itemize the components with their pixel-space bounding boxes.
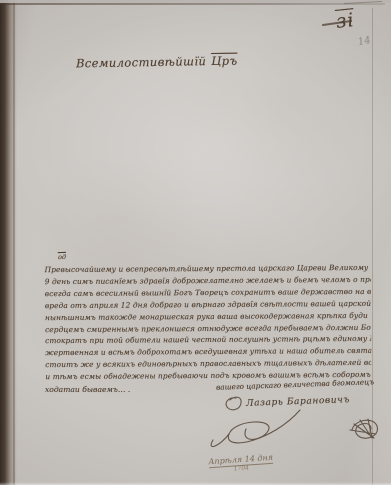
- signature-name: Лазарь Барановичъ: [246, 395, 350, 409]
- right-fold-crease: [372, 8, 373, 485]
- manuscript-page: зі 14 ВсемилостивѣйшїйЦръ од Превысочайш…: [0, 0, 391, 485]
- left-fold-crease: [13, 0, 15, 485]
- superscript-abbreviation: од: [58, 253, 66, 261]
- salutation-text: Всемилостивѣйшїй: [76, 54, 206, 70]
- pencil-folio-number: 14: [357, 35, 372, 48]
- folio-mark: зі: [335, 9, 356, 33]
- salutation-heading: ВсемилостивѣйшїйЦръ: [76, 54, 238, 71]
- top-page-edge: [0, 3, 385, 5]
- letter-body: Превысочайшему и всепресвѣтлѣйшему прест…: [45, 262, 372, 383]
- letter-fragment: ходатаи бываемъ… .: [45, 385, 130, 394]
- salutation-title-abbrev: Цръ: [211, 54, 238, 68]
- date-note: Апрѣля 14 дня 1704: [196, 452, 287, 475]
- signature-flourish-icon: [0, 0, 391, 485]
